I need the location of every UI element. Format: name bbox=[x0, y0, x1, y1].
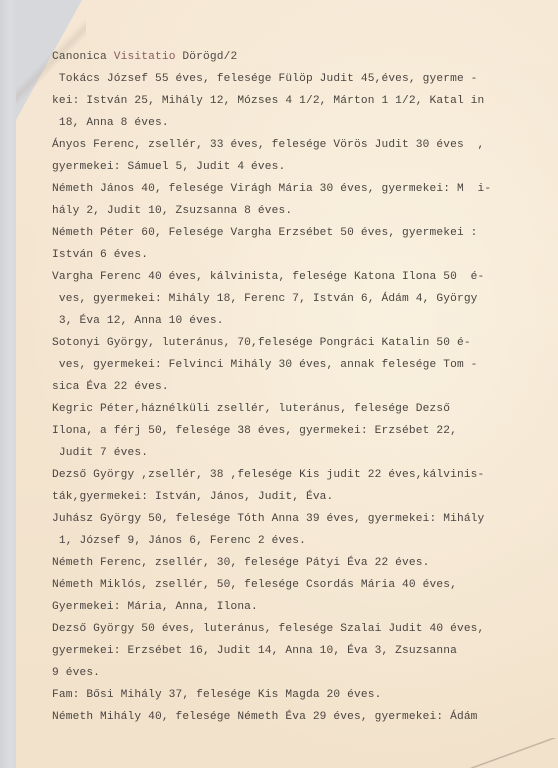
entry-line: ták,gyermekei: István, János, Judit, Éva… bbox=[52, 486, 492, 508]
entry-line: sica Éva 22 éves. bbox=[52, 376, 492, 398]
title-prefix: Canonica bbox=[52, 51, 114, 63]
household-entries: Tokács József 55 éves, felesége Fülöp Ju… bbox=[52, 68, 492, 728]
entry-line: gyermekei: Sámuel 5, Judit 4 éves. bbox=[52, 156, 492, 178]
entry-line: Vargha Ferenc 40 éves, kálvinista, feles… bbox=[52, 266, 492, 288]
household-entry: Vargha Ferenc 40 éves, kálvinista, feles… bbox=[52, 266, 492, 332]
entry-line: Gyermekei: Mária, Anna, Ilona. bbox=[52, 596, 492, 618]
document-title: Canonica Visitatio Dörögd/2 bbox=[52, 46, 492, 68]
entry-line: Németh János 40, felesége Virágh Mária 3… bbox=[52, 178, 492, 200]
title-accent: Visitatio bbox=[114, 51, 176, 63]
entry-line: hály 2, Judit 10, Zsuzsanna 8 éves. bbox=[52, 200, 492, 222]
entry-line: 18, Anna 8 éves. bbox=[52, 112, 492, 134]
household-entry: Sotonyi György, luteránus, 70,felesége P… bbox=[52, 332, 492, 398]
entry-line: Judit 7 éves. bbox=[52, 442, 492, 464]
entry-line: Tokács József 55 éves, felesége Fülöp Ju… bbox=[52, 68, 492, 90]
household-entry: Németh Miklós, zsellér, 50, felesége Cso… bbox=[52, 574, 492, 618]
entry-line: ves, gyermekei: Felvinci Mihály 30 éves,… bbox=[52, 354, 492, 376]
household-entry: Németh János 40, felesége Virágh Mária 3… bbox=[52, 178, 492, 222]
entry-line: Németh Miklós, zsellér, 50, felesége Cso… bbox=[52, 574, 492, 596]
entry-line: Fam: Bősi Mihály 37, felesége Kis Magda … bbox=[52, 684, 492, 706]
household-entry: Fam: Bősi Mihály 37, felesége Kis Magda … bbox=[52, 684, 492, 706]
household-entry: Németh Ferenc, zsellér, 30, felesége Pát… bbox=[52, 552, 492, 574]
entry-line: 9 éves. bbox=[52, 662, 492, 684]
household-entry: Tokács József 55 éves, felesége Fülöp Ju… bbox=[52, 68, 492, 134]
entry-line: Ányos Ferenc, zsellér, 33 éves, felesége… bbox=[52, 134, 492, 156]
entry-line: Sotonyi György, luteránus, 70,felesége P… bbox=[52, 332, 492, 354]
title-suffix: Dörögd/2 bbox=[176, 51, 238, 63]
entry-line: gyermekei: Erzsébet 16, Judit 14, Anna 1… bbox=[52, 640, 492, 662]
household-entry: Németh Mihály 40, felesége Németh Éva 29… bbox=[52, 706, 492, 728]
household-entry: Németh Péter 60, Felesége Vargha Erzsébe… bbox=[52, 222, 492, 266]
entry-line: 1, József 9, János 6, Ferenc 2 éves. bbox=[52, 530, 492, 552]
entry-line: Dezső György ,zsellér, 38 ,felesége Kis … bbox=[52, 464, 492, 486]
entry-line: ves, gyermekei: Mihály 18, Ferenc 7, Ist… bbox=[52, 288, 492, 310]
household-entry: Dezső György ,zsellér, 38 ,felesége Kis … bbox=[52, 464, 492, 508]
entry-line: István 6 éves. bbox=[52, 244, 492, 266]
entry-line: Németh Mihály 40, felesége Németh Éva 29… bbox=[52, 706, 492, 728]
document-body: Canonica Visitatio Dörögd/2 Tokács Józse… bbox=[52, 46, 492, 728]
entry-line: Kegric Péter,háznélküli zsellér, luterán… bbox=[52, 398, 492, 420]
entry-line: Juhász György 50, felesége Tóth Anna 39 … bbox=[52, 508, 492, 530]
entry-line: Németh Ferenc, zsellér, 30, felesége Pát… bbox=[52, 552, 492, 574]
entry-line: Ilona, a férj 50, felesége 38 éves, gyer… bbox=[52, 420, 492, 442]
entry-line: Dezső György 50 éves, luteránus, feleség… bbox=[52, 618, 492, 640]
household-entry: Kegric Péter,háznélküli zsellér, luterán… bbox=[52, 398, 492, 464]
entry-line: Németh Péter 60, Felesége Vargha Erzsébe… bbox=[52, 222, 492, 244]
entry-line: kei: István 25, Mihály 12, Mózses 4 1/2,… bbox=[52, 90, 492, 112]
entry-line: 3, Éva 12, Anna 10 éves. bbox=[52, 310, 492, 332]
household-entry: Juhász György 50, felesége Tóth Anna 39 … bbox=[52, 508, 492, 552]
household-entry: Dezső György 50 éves, luteránus, feleség… bbox=[52, 618, 492, 684]
household-entry: Ányos Ferenc, zsellér, 33 éves, felesége… bbox=[52, 134, 492, 178]
page-edge-crease bbox=[468, 738, 558, 768]
